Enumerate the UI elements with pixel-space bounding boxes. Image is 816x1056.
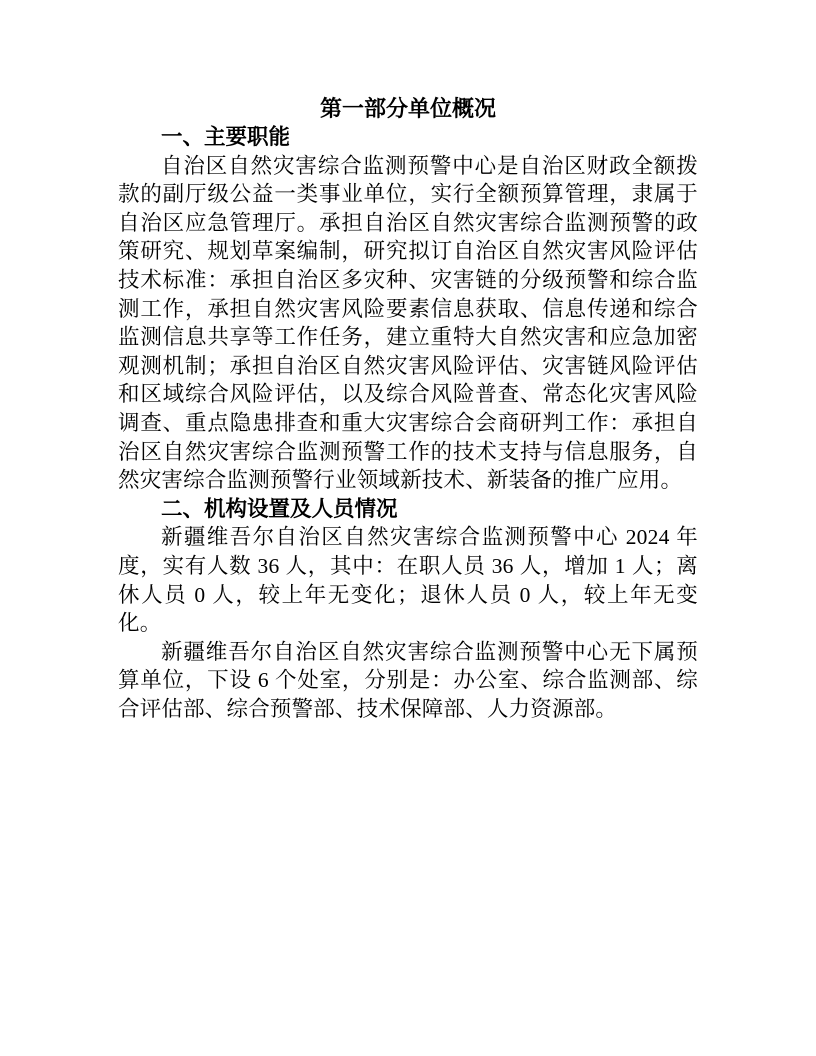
section-1-heading: 一、主要职能 <box>118 123 698 152</box>
document-page: 第一部分单位概况 一、主要职能 自治区自然灾害综合监测预警中心是自治区财政全额拨… <box>0 0 816 1056</box>
document-title: 第一部分单位概况 <box>118 94 698 123</box>
section-2-paragraph-2: 新疆维吾尔自治区自然灾害综合监测预警中心无下属预算单位，下设 6 个处室，分别是… <box>118 638 698 724</box>
section-2-paragraph-1: 新疆维吾尔自治区自然灾害综合监测预警中心 2024 年度，实有人数 36 人，其… <box>118 523 698 637</box>
section-2-heading: 二、机构设置及人员情况 <box>118 495 698 524</box>
section-1-paragraph-1: 自治区自然灾害综合监测预警中心是自治区财政全额拨款的副厅级公益一类事业单位，实行… <box>118 152 698 495</box>
